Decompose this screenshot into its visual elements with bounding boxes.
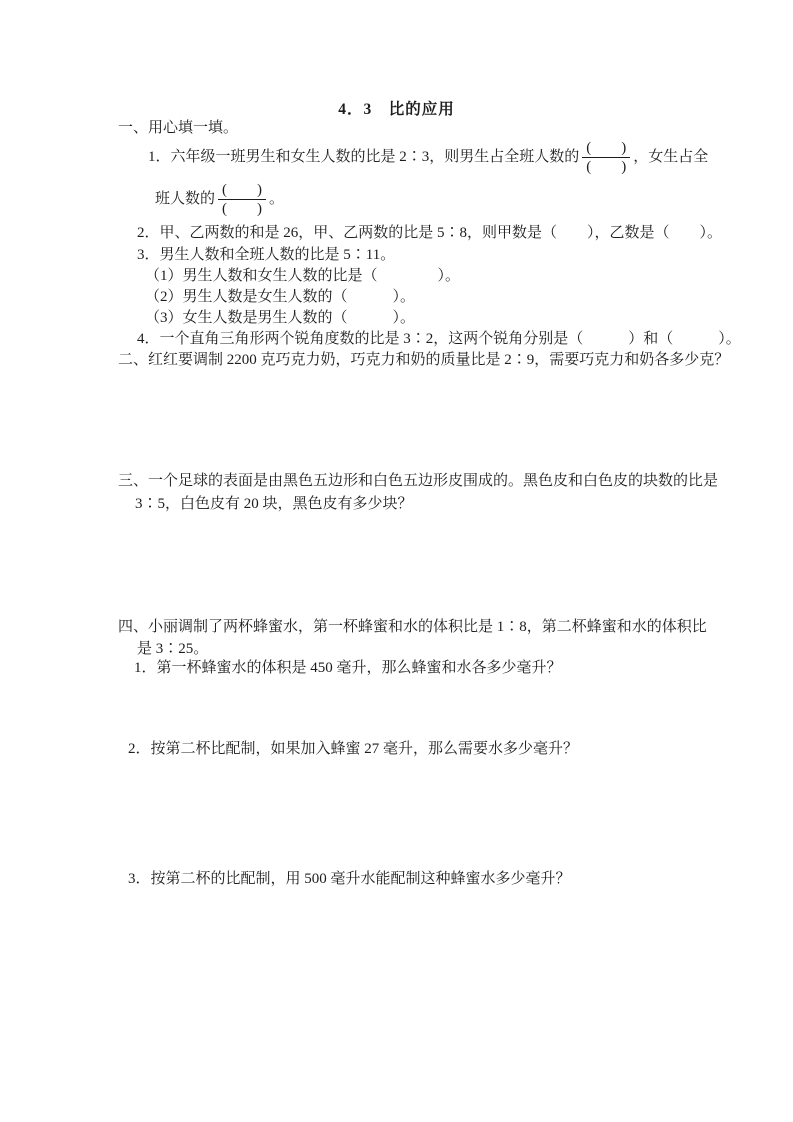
part1-q1-line1-text: 1．六年级一班男生和女生人数的比是 2∶3，则男生占全班人数的: [148, 149, 579, 166]
part1-q4: 4．一个直角三角形两个锐角度数的比是 3∶2，这两个锐角分别是（ ）和（ ）。: [137, 331, 741, 348]
part4-q2: 2．按第二杯比配制，如果加入蜂蜜 27 毫升，那么需要水多少毫升？: [128, 741, 578, 758]
blank-fraction-2: ( ) ( ): [218, 182, 266, 217]
part4-q1: 1．第一杯蜂蜜水的体积是 450 毫升，那么蜂蜜和水各多少毫升？: [134, 660, 562, 677]
part1-q1-line1-suffix: ，女生占全: [633, 149, 708, 166]
part1-q3-sub1: （1）男生人数和女生人数的比是（ ）。: [145, 268, 460, 285]
page-title: 4．3 比的应用: [0, 97, 793, 119]
part4-intro-line2: 是 3∶25。: [137, 641, 208, 658]
part1-q1-line1: 1．六年级一班男生和女生人数的比是 2∶3，则男生占全班人数的 ( ) ( ) …: [148, 140, 708, 175]
part1-q1-line2-text: 班人数的: [155, 191, 215, 208]
part1-q2: 2．甲、乙两数的和是 26，甲、乙两数的比是 5∶8，则甲数是（ ），乙数是（ …: [137, 225, 722, 242]
part1-heading: 一、用心填一填。: [118, 120, 238, 137]
part4-q3: 3．按第二杯的比配制，用 500 毫升水能配制这种蜂蜜水多少毫升？: [128, 871, 571, 888]
fraction-denominator-blank: ( ): [582, 157, 630, 175]
part3-question-line2: 3∶5，白色皮有 20 块，黑色皮有多少块？: [135, 496, 413, 513]
fraction-denominator-blank: ( ): [218, 199, 266, 217]
fraction-numerator-blank: ( ): [218, 182, 266, 199]
fraction-numerator-blank: ( ): [582, 140, 630, 157]
blank-fraction-1: ( ) ( ): [582, 140, 630, 175]
part1-q3-sub3: （3）女生人数是男生人数的（ ）。: [145, 310, 415, 327]
part1-q1-line2: 班人数的 ( ) ( ) 。: [155, 182, 284, 217]
part2-question: 二、红红要调制 2200 克巧克力奶，巧克力和奶的质量比是 2∶9，需要巧克力和…: [118, 352, 729, 369]
part4-intro-line1: 四、小丽调制了两杯蜂蜜水，第一杯蜂蜜和水的体积比是 1∶8，第二杯蜂蜜和水的体积…: [118, 619, 707, 636]
part1-q3: 3．男生人数和全班人数的比是 5∶11。: [137, 247, 395, 264]
part3-question-line1: 三、一个足球的表面是由黑色五边形和白色五边形皮围成的。黑色皮和白色皮的块数的比是: [118, 473, 718, 490]
worksheet-page: 4．3 比的应用 一、用心填一填。 1．六年级一班男生和女生人数的比是 2∶3，…: [0, 0, 793, 1122]
part1-q3-sub2: （2）男生人数是女生人数的（ ）。: [145, 289, 415, 306]
part1-q1-line2-suffix: 。: [269, 191, 284, 208]
